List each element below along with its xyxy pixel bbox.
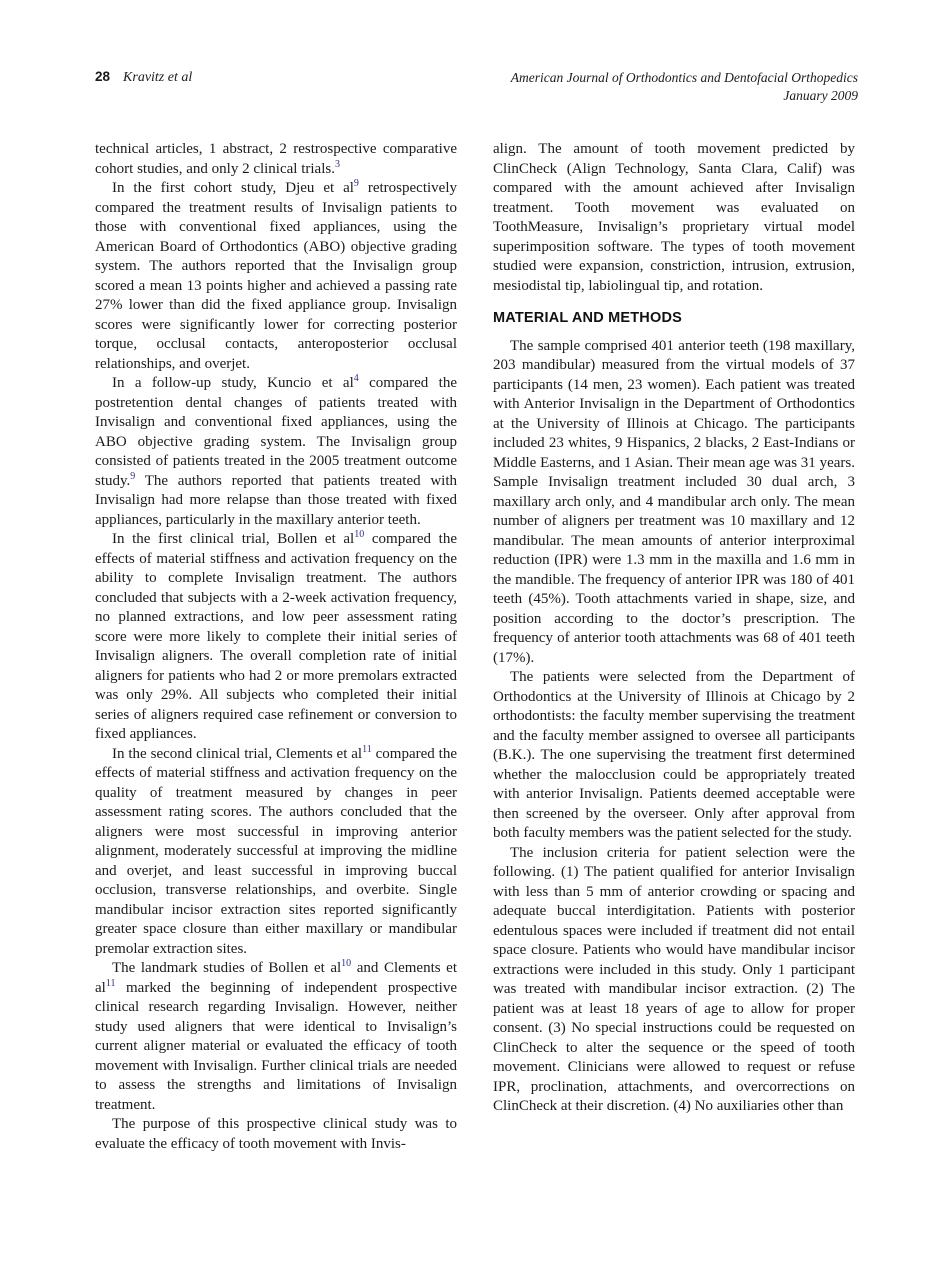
column-right: align. The amount of tooth movement pred… — [493, 140, 855, 1154]
paragraph: The landmark studies of Bollen et al10 a… — [95, 959, 457, 1115]
citation-link[interactable]: 9 — [354, 178, 359, 189]
paragraph: In the first cohort study, Djeu et al9 r… — [95, 179, 457, 374]
citation-link[interactable]: 11 — [362, 744, 372, 755]
paragraph: technical articles, 1 abstract, 2 restro… — [95, 140, 457, 179]
running-header-left: 28Kravitz et al — [95, 69, 192, 86]
journal-title: American Journal of Orthodontics and Den… — [511, 69, 858, 87]
running-header-right: American Journal of Orthodontics and Den… — [511, 69, 858, 104]
issue-date: January 2009 — [511, 87, 858, 105]
page-number: 28 — [95, 69, 110, 84]
paragraph: In the second clinical trial, Clements e… — [95, 745, 457, 960]
paragraph: align. The amount of tooth movement pred… — [493, 140, 855, 296]
citation-link[interactable]: 3 — [335, 159, 340, 170]
paragraph: The sample comprised 401 anterior teeth … — [493, 337, 855, 669]
citation-link[interactable]: 4 — [354, 373, 359, 384]
citation-link[interactable]: 11 — [106, 978, 116, 989]
citation-link[interactable]: 10 — [341, 958, 351, 969]
running-author: Kravitz et al — [123, 70, 192, 85]
section-heading: MATERIAL AND METHODS — [493, 309, 855, 329]
citation-link[interactable]: 10 — [354, 529, 364, 540]
citation-link[interactable]: 9 — [130, 471, 135, 482]
paragraph: In the first clinical trial, Bollen et a… — [95, 530, 457, 745]
journal-page: 28Kravitz et al American Journal of Orth… — [0, 0, 950, 1272]
paragraph: The patients were selected from the Depa… — [493, 668, 855, 844]
paragraph: In a follow-up study, Kuncio et al4 comp… — [95, 374, 457, 530]
column-left: technical articles, 1 abstract, 2 restro… — [95, 140, 457, 1154]
running-header: 28Kravitz et al American Journal of Orth… — [95, 69, 858, 104]
paragraph: The inclusion criteria for patient selec… — [493, 844, 855, 1117]
article-body: technical articles, 1 abstract, 2 restro… — [95, 140, 855, 1154]
paragraph: The purpose of this prospective clinical… — [95, 1115, 457, 1154]
